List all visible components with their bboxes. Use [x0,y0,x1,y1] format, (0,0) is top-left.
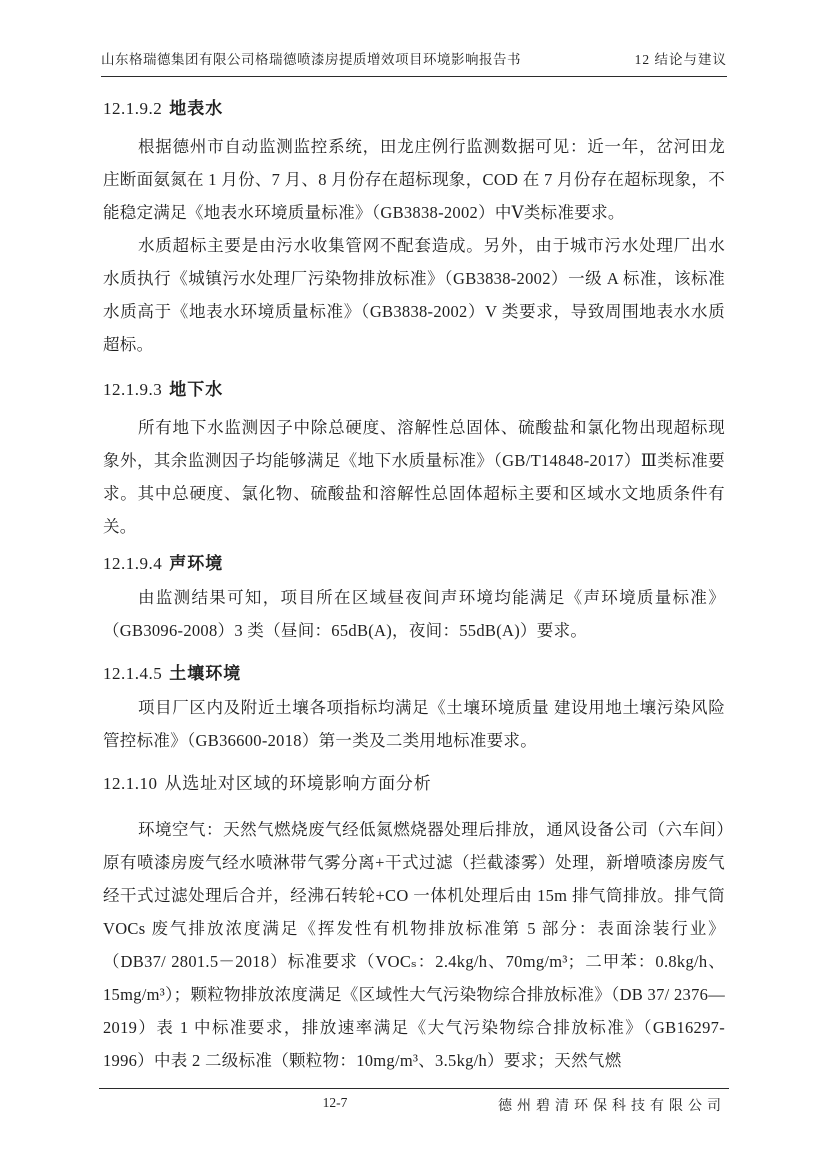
heading-number: 12.1.10 [103,774,158,793]
heading-title: 地下水 [169,380,223,399]
paragraph-groundwater: 所有地下水监测因子中除总硬度、溶解性总固体、硫酸盐和氯化物出现超标现象外，其余监… [103,411,725,543]
page-header: 山东格瑞德集团有限公司格瑞德喷漆房提质增效项目环境影响报告书 12 结论与建议 [101,50,727,77]
heading-soil: 12.1.4.5土壤环境 [103,661,725,687]
footer-company-name: 德州碧清环保科技有限公司 [498,1095,726,1115]
heading-number: 12.1.9.4 [103,554,162,573]
heading-number: 12.1.4.5 [103,664,162,683]
paragraph-surface-water-1: 根据德州市自动监测监控系统，田龙庄例行监测数据可见：近一年，岔河田龙庄断面氨氮在… [103,130,725,229]
paragraph-noise: 由监测结果可知，项目所在区域昼夜间声环境均能满足《声环境质量标准》（GB3096… [103,581,725,647]
heading-number: 12.1.9.3 [103,380,162,399]
report-page: 山东格瑞德集团有限公司格瑞德喷漆房提质增效项目环境影响报告书 12 结论与建议 … [0,0,827,1169]
heading-noise: 12.1.9.4声环境 [103,551,725,577]
footer-rule [99,1088,729,1089]
heading-title: 地表水 [169,99,223,118]
header-document-title: 山东格瑞德集团有限公司格瑞德喷漆房提质增效项目环境影响报告书 [101,50,521,70]
paragraph-soil: 项目厂区内及附近土壤各项指标均满足《土壤环境质量 建设用地土壤污染风险管控标准》… [103,691,725,757]
heading-siting-analysis: 12.1.10从选址对区域的环境影响方面分析 [103,771,725,797]
heading-title: 声环境 [169,554,223,573]
heading-title: 土壤环境 [169,664,241,683]
heading-surface-water: 12.1.9.2地表水 [103,96,725,122]
paragraph-ambient-air: 环境空气：天然气燃烧废气经低氮燃烧器处理后排放，通风设备公司（六车间）原有喷漆房… [103,813,725,1077]
heading-groundwater: 12.1.9.3地下水 [103,377,725,403]
paragraph-surface-water-2: 水质超标主要是由污水收集管网不配套造成。另外，由于城市污水处理厂出水水质执行《城… [103,229,725,361]
heading-number: 12.1.9.2 [103,99,162,118]
footer-page-number: 12-7 [305,1095,365,1111]
header-chapter-label: 12 结论与建议 [635,50,727,70]
page-content: 12.1.9.2地表水 根据德州市自动监测监控系统，田龙庄例行监测数据可见：近一… [103,92,725,1077]
heading-title: 从选址对区域的环境影响方面分析 [165,774,432,793]
